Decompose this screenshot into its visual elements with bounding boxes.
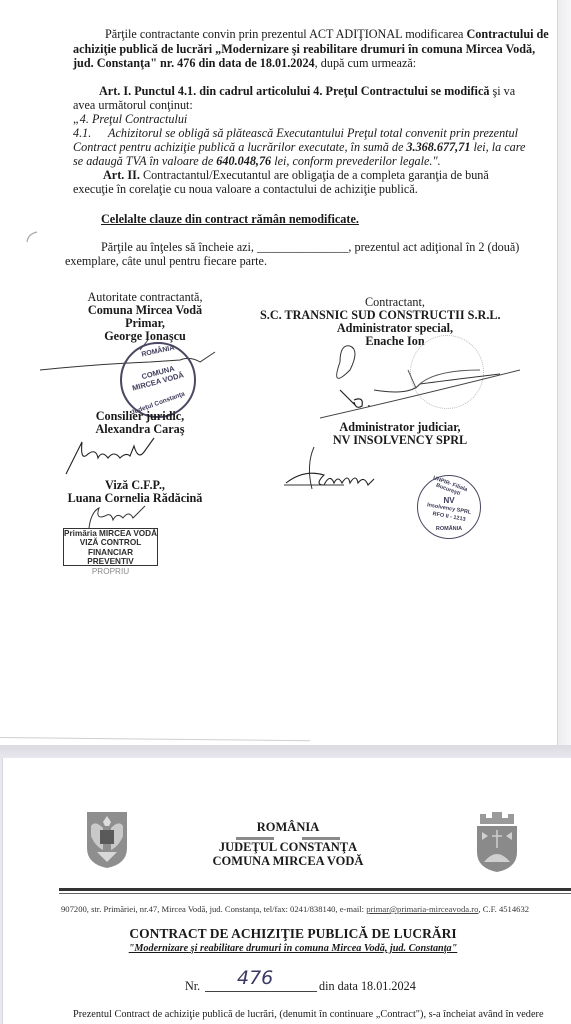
date-blank: _______________ [257,240,348,254]
judicial-admin-title: Administrator judiciar, [310,420,490,434]
intro-line-2: achiziţie publică de lucrări „Modernizar… [73,42,535,56]
fiscal-code: , C.F. 4514632 [478,904,529,914]
art1-heading: Art. I. Punctul 4.1. din cadrul articolu… [99,84,515,98]
header-country: ROMÂNIA [163,820,413,834]
header-county: JUDEŢUL CONSTANŢA [163,840,413,854]
right-party-title: Administrator special, [300,321,490,335]
vat-amount: 640.048,76 [216,154,271,168]
clause-text: lei, conform prevederilor legale.". [271,154,441,168]
cfp-title: Viză C.F.P., [50,478,220,492]
page-curl-mark [25,230,39,249]
stamp-line: FINANCIAR PREVENTIV [64,548,157,567]
other-clauses-note: Celelalte clauze din contract rămân nemo… [101,212,359,226]
cfp-control-stamp: Primăria MIRCEA VODĂ VIZĂ CONTROL FINANC… [63,528,158,566]
closing-line-2: exemplare, câte unul pentru fiecare part… [65,254,267,268]
insolvency-stamp: UNPIR- Filiala Bucureşti NV Insolvency S… [417,475,481,539]
art2-line-2: execuţie în corelaţie cu noua valoare a … [73,182,418,196]
contract-number-date: jud. Constanţa" nr. 476 din data de 18.0… [73,56,315,70]
contract-number-label: Nr. [185,979,200,993]
commune-stamp: ROMÂNIA COMUNA MIRCEA VODĂ Judeţul Const… [120,342,196,418]
price-clause-title: „4. Preţul Contractului [73,112,187,126]
intro-line-1: Părţile contractante convin prin prezent… [105,27,549,41]
email-link[interactable]: primar@primaria-mirceavoda.ro [366,904,478,914]
clause-text: se adaugă TVA în valoare de [73,154,216,168]
stamp-line: VIZĂ CONTROL [64,538,157,547]
closing-text: , prezentul act adiţional în 2 (două) [348,240,519,254]
contract-title: CONTRACT DE ACHIZIŢIE PUBLICĂ DE LUCRĂRI [73,926,513,942]
header-address: 907200, str. Primăriei, nr.47, Mircea Vo… [61,904,529,914]
header-separator-thin [59,893,571,894]
address-text: 907200, str. Primăriei, nr.47, Mircea Vo… [61,904,366,914]
closing-line-1: Părţile au înţeles să încheie azi, _____… [101,240,519,254]
special-admin-signature [320,340,520,425]
art2-label: Art. II. [103,168,140,182]
left-party-role: Autoritate contractantă, [60,290,230,304]
legal-advisor-title: Consilier juridic, [60,409,220,423]
clause-4-1-line-1: Achizitorul se obligă să plătească Execu… [108,126,518,140]
left-party-title: Primar, [60,316,230,330]
contract-number-line [205,991,317,992]
header-commune: COMUNA MIRCEA VODĂ [163,854,413,868]
contract-number-handwritten: 476 [237,968,273,988]
page-bottom-edge [0,737,310,741]
contract-body-start: Prezentul Contract de achiziţie publică … [73,1008,544,1022]
header-separator-thick [59,888,571,891]
page-edge [557,0,571,745]
intro-tail: , după cum urmează: [315,56,417,70]
clause-text: lei, la care [470,140,525,154]
intro-contract-ref: Contractului de [466,27,548,41]
stamp-line: PROPRIU [64,567,157,576]
stamp-line: Primăria MIRCEA VODĂ [64,529,157,538]
romania-coat-of-arms-icon [85,806,129,875]
document-page-2: ROMÂNIA JUDEŢUL CONSTANŢA COMUNA MIRCEA … [2,758,571,1024]
right-party-name: S.C. TRANSNIC SUD CONSTRUCTII S.R.L. [260,308,500,322]
judicial-admin-signature [284,445,394,510]
total-price-amount: 3.368.677,71 [406,140,470,154]
contract-subtitle: "Modernizare şi reabilitare drumuri în c… [63,942,523,956]
clause-4-1-number: 4.1. [73,126,91,140]
stamp-text: ROMÂNIA [418,526,480,532]
art2-text: Contractantul/Executantul are obligaţia … [140,168,489,182]
clause-text: Contract pentru achiziţie publică a lucr… [73,140,406,154]
mircea-voda-coat-of-arms-icon [474,810,520,879]
left-party-name: Comuna Mircea Vodă [60,303,230,317]
art1-heading-tail: şi va [489,84,515,98]
document-page-1: Părţile contractante convin prin prezent… [0,0,558,745]
clause-4-1-line-3: se adaugă TVA în valoare de 640.048,76 l… [73,154,441,168]
page-separator [0,745,571,758]
art1-line-2: avea următorul conţinut: [73,98,193,112]
clause-4-1-line-2: Contract pentru achiziţie publică a lucr… [73,140,525,154]
intro-text: Părţile contractante convin prin prezent… [105,27,466,41]
legal-advisor-signature [62,432,182,482]
art1-heading-bold: Art. I. Punctul 4.1. din cadrul articolu… [99,84,489,98]
right-party-role: Contractant, [300,295,490,309]
contract-date: din data 18.01.2024 [319,979,416,993]
art2-line-1: Art. II. Contractantul/Executantul are o… [103,168,489,182]
intro-line-3: jud. Constanţa" nr. 476 din data de 18.0… [73,56,416,70]
closing-text: Părţile au înţeles să încheie azi, [101,240,257,254]
